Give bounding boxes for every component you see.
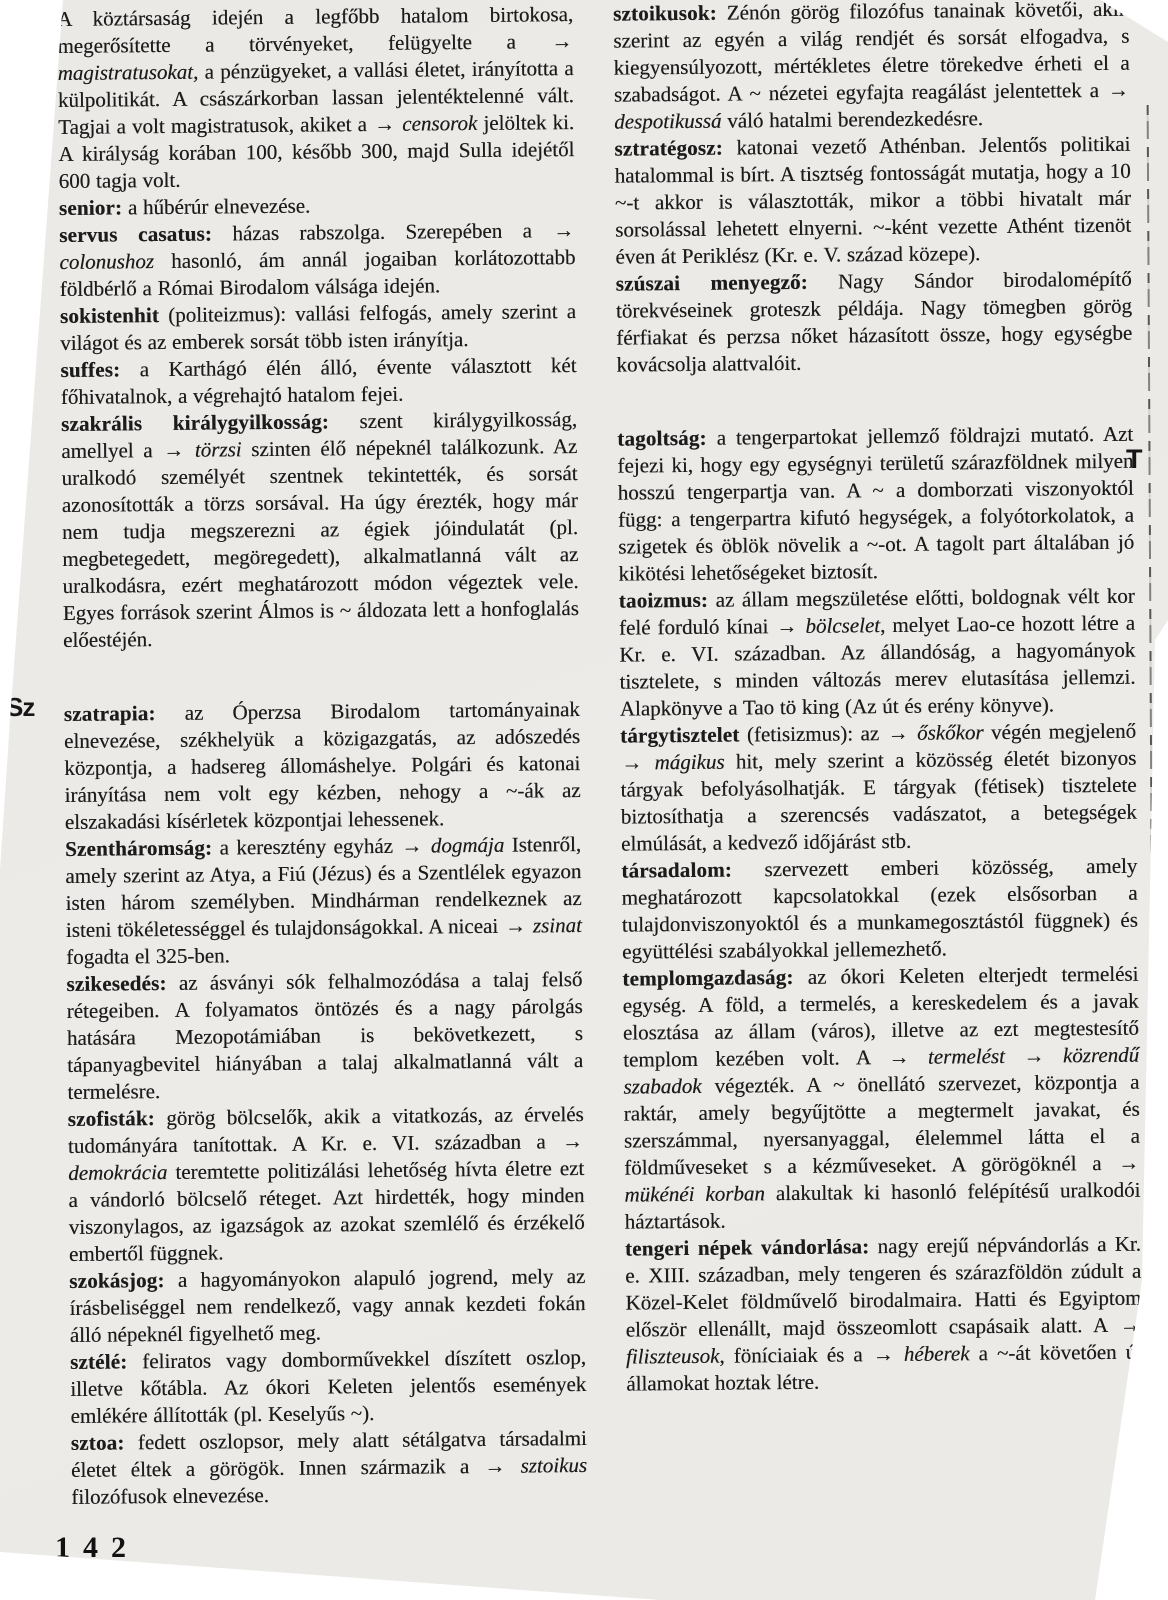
dictionary-entry: servus casatus: házas rabszolga. Szerepé… — [59, 217, 576, 303]
entry-crossref: demokrácia — [68, 1160, 167, 1185]
entry-text: váló hatalmi berendezkedésre. — [721, 106, 983, 133]
entry-text: szinten élő népeknél találkozunk. Az ura… — [61, 434, 579, 652]
entry-term: servus casatus: — [59, 222, 212, 247]
arrow-icon: → — [887, 1045, 910, 1069]
entry-term: suffes: — [60, 357, 120, 382]
arrow-icon: → — [552, 218, 575, 242]
entry-term: tengeri népek vándorlása: — [625, 1234, 870, 1260]
column-right: sztoikusok: Zénón görög filozófus tanain… — [613, 0, 1143, 1506]
dictionary-entry: tengeri népek vándorlása: nagy erejű nép… — [625, 1231, 1143, 1398]
entry-term: szakrális királygyilkosság: — [61, 409, 329, 436]
arrow-icon: → — [561, 1129, 584, 1153]
arrow-icon: → — [162, 438, 185, 462]
arrow-icon: → — [886, 721, 909, 745]
dictionary-entry: társadalom: szervezett emberi közösség, … — [621, 853, 1138, 966]
entry-crossref: sztoikus — [506, 1453, 587, 1478]
entry-text: házas rabszolga. Szerepében a — [212, 218, 552, 245]
entry-crossref: őskőkor — [909, 720, 983, 745]
dictionary-entry: tagoltság: a tengerpartokat jellemző föl… — [617, 421, 1135, 588]
entry-crossref: héberek — [895, 1341, 970, 1366]
arrow-icon: → — [1119, 1313, 1142, 1337]
dictionary-entry: taoizmus: az állam megszületése előtti, … — [619, 583, 1136, 723]
entry-crossref: filiszteusok — [626, 1344, 720, 1369]
page-background: A köztársaság idején a legfőbb hatalom b… — [0, 0, 1168, 1600]
dictionary-entry: sztoikusok: Zénón görög filozófus tanain… — [613, 0, 1130, 136]
margin-letter-t: T — [1126, 444, 1143, 475]
entry-term: társadalom: — [621, 858, 732, 883]
entry-crossref: colonushoz — [59, 249, 154, 274]
dictionary-entry: sztélé: feliratos vagy domborművekkel dí… — [70, 1344, 587, 1430]
entry-text: a hűbérúr elnevezése. — [122, 194, 310, 220]
entry-crossref: törzsi — [185, 437, 242, 462]
entry-text — [1005, 1044, 1023, 1068]
entry-term: sztoikusok: — [613, 1, 717, 26]
entry-term: szofisták: — [68, 1106, 155, 1131]
dictionary-entry: szikesedés: az ásványi sók felhalmozódás… — [66, 966, 583, 1106]
entry-term: sztélé: — [70, 1349, 128, 1374]
arrow-icon: → — [550, 29, 573, 53]
page-content: A köztársaság idején a legfőbb hatalom b… — [57, 0, 1144, 1511]
dictionary-entry: suffes: a Karthágó élén álló, évente vál… — [60, 352, 576, 411]
dictionary-entry: sokistenhit (politeizmus): vallási felfo… — [60, 298, 576, 357]
scanned-dictionary-page: A köztársaság idején a legfőbb hatalom b… — [0, 0, 1168, 1600]
arrow-icon: → — [1107, 78, 1130, 102]
entry-term: tárgytisztelet — [620, 722, 740, 747]
entry-text: a keresztény egyház — [212, 834, 400, 860]
entry-crossref: zsinat — [527, 913, 582, 938]
entry-text: filozófusok elnevezése. — [71, 1483, 269, 1509]
dictionary-entry: szúszai menyegző: Nagy Sándor birodalomé… — [616, 266, 1133, 379]
entry-text: végezték. A ~ önellátó szervezet, közpon… — [624, 1070, 1140, 1180]
dictionary-entry: A köztársaság idején a legfőbb hatalom b… — [57, 1, 575, 195]
entry-text: fogadta el 325-ben. — [66, 943, 230, 969]
entry-text: végén megjelenő — [983, 719, 1136, 744]
entry-term: szikesedés: — [66, 971, 166, 996]
entry-term: taoizmus: — [619, 588, 709, 613]
entry-term: szúszai menyegző: — [616, 270, 808, 296]
entry-term: senior: — [59, 195, 122, 220]
entry-crossref: bölcselet — [798, 613, 880, 638]
entry-crossref: magistratusokat, — [58, 60, 199, 85]
entry-term: Szentháromság: — [65, 836, 212, 861]
entry-text: (fetisizmus): az — [739, 721, 886, 746]
entry-crossref: despotikussá — [614, 109, 722, 134]
column-left: A köztársaság idején a legfőbb hatalom b… — [57, 1, 587, 1511]
entry-crossref: termelést — [910, 1044, 1005, 1069]
entry-text: a Karthágó élén álló, évente választott … — [61, 353, 577, 409]
entry-term: szatrapia: — [64, 701, 156, 726]
entry-text: feliratos vagy domborművekkel díszített … — [70, 1345, 586, 1428]
entry-text: , föníciaiak és a — [719, 1342, 872, 1367]
entry-crossref: mükénéi korban — [624, 1181, 765, 1206]
dictionary-entry: Szentháromság: a keresztény egyház → dog… — [65, 831, 582, 971]
entry-term: szokásjog: — [69, 1268, 165, 1293]
arrow-icon: → — [373, 112, 396, 136]
arrow-icon: → — [620, 750, 643, 774]
dictionary-entry: sztoa: fedett oszlopsor, mely alatt sétá… — [71, 1425, 588, 1511]
dictionary-entry: sztratégosz: katonai vezető Athénban. Je… — [614, 131, 1131, 271]
dictionary-entry: templomgazdaság: az ókori Keleten elterj… — [622, 961, 1141, 1236]
margin-letter-sz: Sz — [6, 692, 34, 723]
arrow-icon: → — [775, 614, 798, 638]
dictionary-entry: szokásjog: a hagyományokon alapuló jogre… — [69, 1263, 586, 1349]
entry-term: sokistenhit — [60, 303, 159, 328]
entry-crossref: censorok — [396, 111, 477, 136]
entry-text: A köztársaság idején a legfőbb hatalom b… — [57, 2, 573, 58]
arrow-icon: → — [483, 1454, 506, 1478]
arrow-icon: → — [1022, 1044, 1045, 1068]
page-number: 142 — [55, 1531, 139, 1565]
dictionary-entry: tárgytisztelet (fetisizmus): az → őskőko… — [620, 718, 1137, 858]
entry-term: tagoltság: — [617, 426, 707, 451]
arrow-icon: → — [400, 834, 423, 858]
dictionary-entry: szofisták: görög bölcselők, akik a vitat… — [68, 1101, 586, 1268]
entry-term: templomgazdaság: — [622, 965, 793, 991]
arrow-icon: → — [872, 1342, 895, 1366]
entry-crossref: mágikus — [643, 750, 724, 775]
entry-term: sztoa: — [71, 1430, 125, 1455]
entry-term: sztratégosz: — [614, 136, 723, 161]
arrow-icon: → — [1117, 1151, 1140, 1175]
entry-crossref: dogmája — [423, 833, 504, 858]
dictionary-entry: szatrapia: az Óperzsa Birodalom tartomán… — [64, 696, 581, 836]
arrow-icon: → — [504, 914, 527, 938]
dictionary-entry: szakrális királygyilkosság: szent király… — [61, 406, 579, 654]
